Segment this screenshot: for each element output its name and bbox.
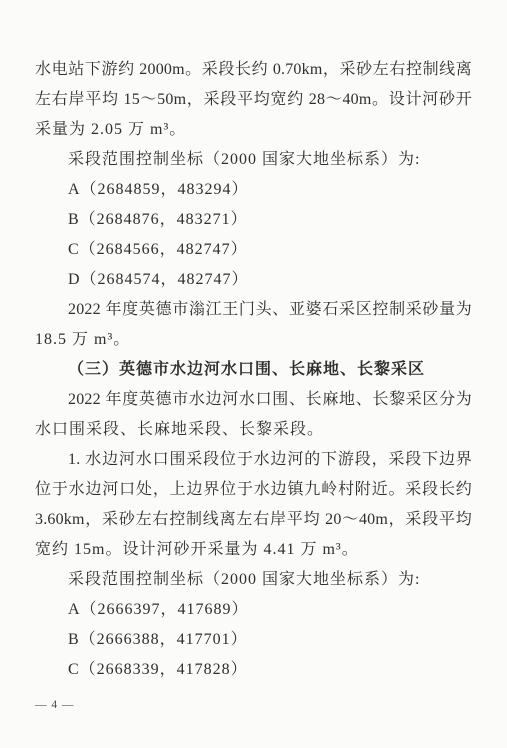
text-line: （三）英德市水边河水口围、长麻地、长黎采区 <box>35 355 472 385</box>
text-line: 位于水边河口处，上边界位于水边镇九岭村附近。采段长约 <box>35 475 472 505</box>
text-line: B（2684876，483271） <box>35 205 472 235</box>
text-line: C（2668339，417828） <box>35 655 472 685</box>
text-line: 采量为 2.05 万 m³。 <box>35 115 472 145</box>
page-number: — 4 — <box>35 698 75 712</box>
document-page: 水电站下游约 2000m。采段长约 0.70km，采砂左右控制线离左右岸平均 1… <box>0 0 507 748</box>
text-line: 2022 年度英德市滃江王门头、亚婆石采区控制采砂量为 <box>35 295 472 325</box>
text-line: 2022 年度英德市水边河水口围、长麻地、长黎采区分为 <box>35 385 472 415</box>
text-line: C（2684566，482747） <box>35 235 472 265</box>
text-line: 18.5 万 m³。 <box>35 325 472 355</box>
text-line: 3.60km，采砂左右控制线离左右岸平均 20～40m，采段平均 <box>35 505 472 535</box>
text-line: 采段范围控制坐标（2000 国家大地坐标系）为: <box>35 145 472 175</box>
text-line: 宽约 15m。设计河砂开采量为 4.41 万 m³。 <box>35 535 472 565</box>
text-line: 水口围采段、长麻地采段、长黎采段。 <box>35 415 472 445</box>
text-line: 采段范围控制坐标（2000 国家大地坐标系）为: <box>35 565 472 595</box>
text-line: 1. 水边河水口围采段位于水边河的下游段，采段下边界 <box>35 445 472 475</box>
text-line: 左右岸平均 15～50m，采段平均宽约 28～40m。设计河砂开 <box>35 85 472 115</box>
text-line: A（2666397，417689） <box>35 595 472 625</box>
text-line: D（2684574，482747） <box>35 265 472 295</box>
text-line: 水电站下游约 2000m。采段长约 0.70km，采砂左右控制线离 <box>35 55 472 85</box>
document-body: 水电站下游约 2000m。采段长约 0.70km，采砂左右控制线离左右岸平均 1… <box>35 55 472 685</box>
text-line: B（2666388，417701） <box>35 625 472 655</box>
text-line: A（2684859，483294） <box>35 175 472 205</box>
